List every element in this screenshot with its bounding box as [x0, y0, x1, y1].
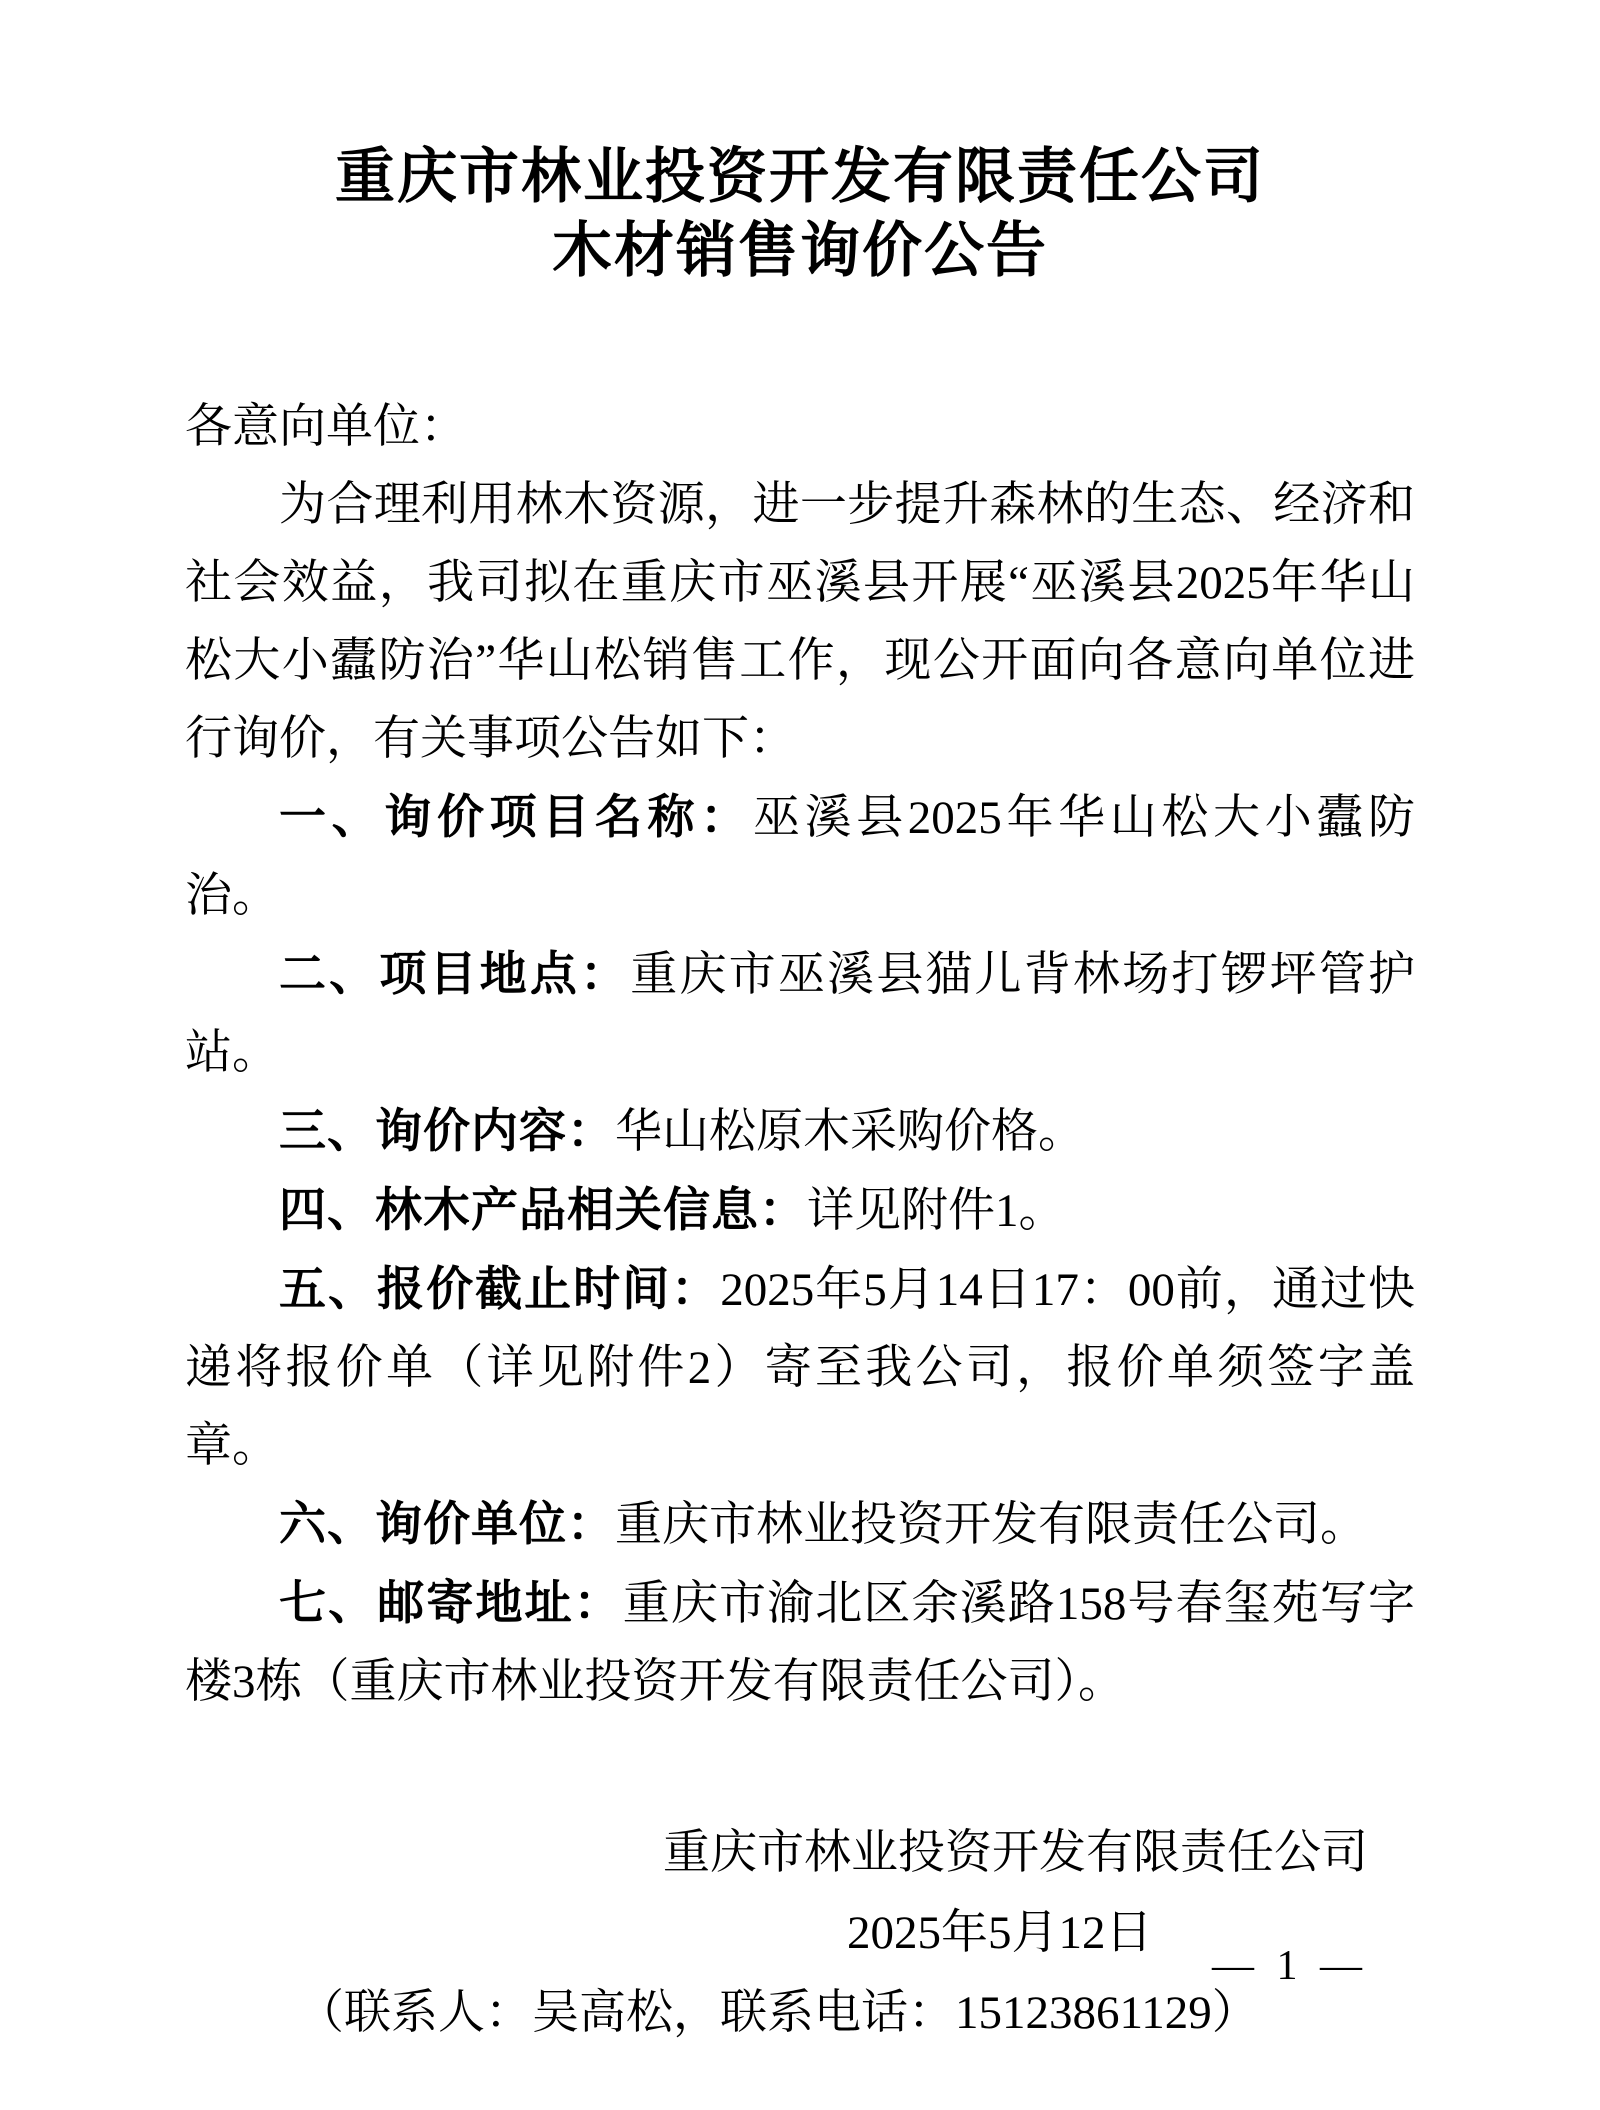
item-7-label: 七、邮寄地址： [279, 1576, 623, 1629]
list-item-3: 三、询价内容：华山松原木采购价格。 [185, 1092, 1415, 1171]
item-5-label: 五、报价截止时间： [279, 1262, 720, 1315]
item-4-value: 详见附件1。 [807, 1185, 1066, 1237]
item-3-label: 三、询价内容： [279, 1104, 615, 1157]
item-3-value: 华山松原木采购价格。 [615, 1106, 1085, 1158]
list-item-4: 四、林木产品相关信息：详见附件1。 [185, 1171, 1415, 1250]
document-content: 重庆市林业投资开发有限责任公司 木材销售询价公告 各意向单位： 为合理利用林木资… [185, 140, 1415, 2053]
item-2-label: 二、项目地点： [279, 947, 630, 1000]
signature-company: 重庆市林业投资开发有限责任公司 [185, 1813, 1415, 1893]
title-line-1: 重庆市林业投资开发有限责任公司 [185, 140, 1415, 214]
title-line-2: 木材销售询价公告 [185, 214, 1415, 288]
intro-paragraph: 为合理利用林木资源，进一步提升森林的生态、经济和社会效益，我司拟在重庆市巫溪县开… [185, 466, 1415, 778]
document-title: 重庆市林业投资开发有限责任公司 木材销售询价公告 [185, 140, 1415, 288]
list-item-6: 六、询价单位：重庆市林业投资开发有限责任公司。 [185, 1485, 1415, 1564]
list-item-2: 二、项目地点：重庆市巫溪县猫儿背林场打锣坪管护站。 [185, 935, 1415, 1092]
list-item-5: 五、报价截止时间：2025年5月14日17：00前，通过快递将报价单（详见附件2… [185, 1250, 1415, 1485]
item-6-value: 重庆市林业投资开发有限责任公司。 [615, 1499, 1367, 1551]
item-4-label: 四、林木产品相关信息： [279, 1183, 807, 1236]
item-1-label: 一、询价项目名称： [279, 790, 753, 843]
salutation: 各意向单位： [185, 388, 1415, 466]
document-page: 重庆市林业投资开发有限责任公司 木材销售询价公告 各意向单位： 为合理利用林木资… [0, 0, 1600, 2110]
list-item-1: 一、询价项目名称：巫溪县2025年华山松大小蠹防治。 [185, 778, 1415, 935]
item-6-label: 六、询价单位： [279, 1497, 615, 1550]
signature-block: 重庆市林业投资开发有限责任公司 2025年5月12日 （联系人：吴高松，联系电话… [185, 1813, 1415, 2053]
list-item-7: 七、邮寄地址：重庆市渝北区余溪路158号春玺苑写字楼3栋（重庆市林业投资开发有限… [185, 1564, 1415, 1721]
page-number: — 1 — [1212, 1942, 1368, 1990]
